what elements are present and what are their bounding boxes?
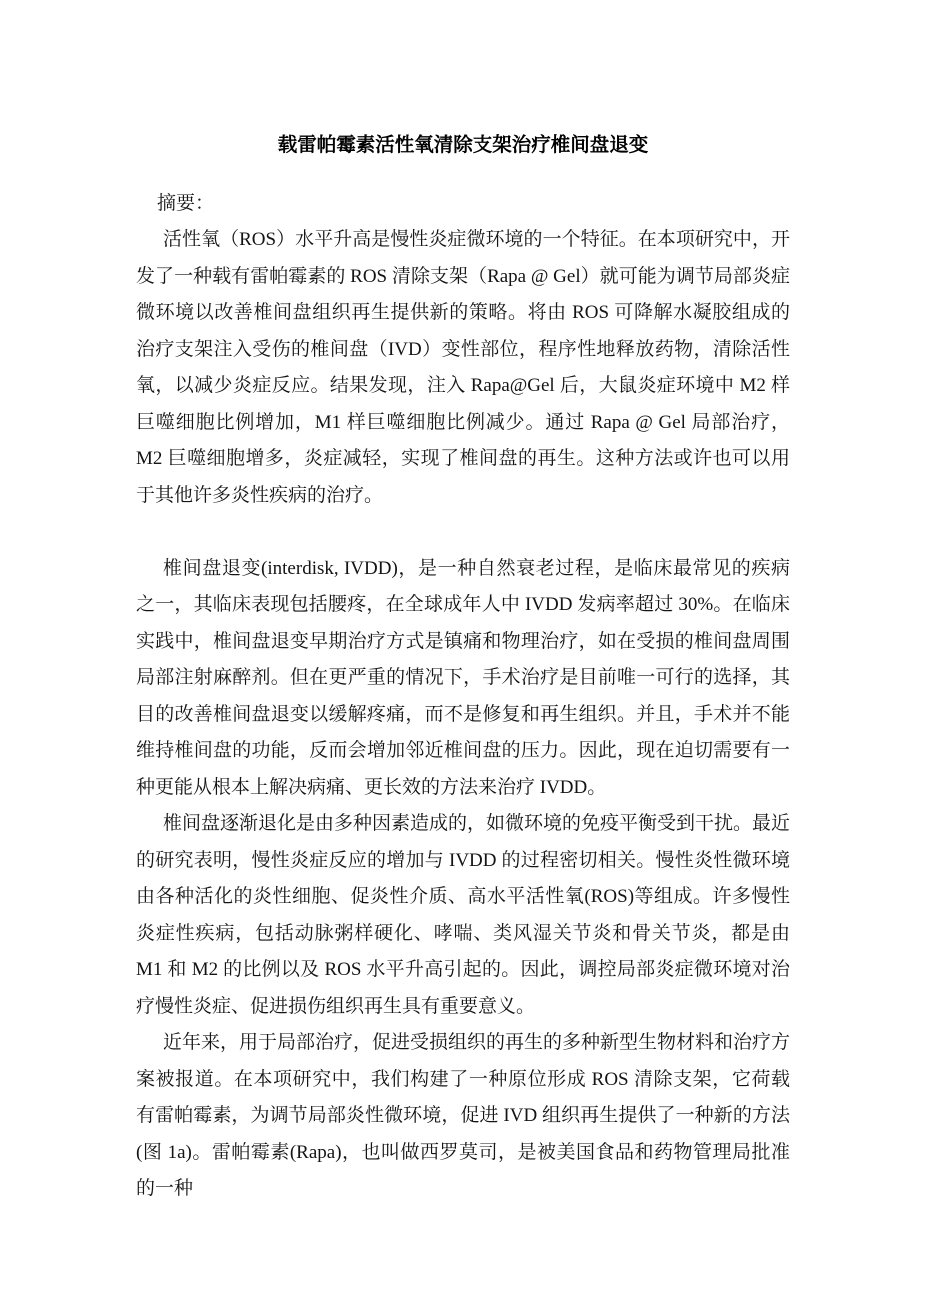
document-page: 载雷帕霉素活性氧清除支架治疗椎间盘退变 摘要： 活性氧（ROS）水平升高是慢性炎… <box>0 0 926 1309</box>
abstract-label: 摘要： <box>136 186 790 223</box>
body-paragraph-1: 椎间盘退变(interdisk, IVDD)，是一种自然衰老过程，是临床最常见的… <box>136 551 790 807</box>
body-paragraph-3: 近年来，用于局部治疗，促进受损组织的再生的多种新型生物材料和治疗方案被报道。在本… <box>136 1025 790 1208</box>
paragraph-spacer <box>136 514 790 551</box>
body-paragraph-2: 椎间盘逐渐退化是由多种因素造成的，如微环境的免疫平衡受到干扰。最近的研究表明，慢… <box>136 806 790 1025</box>
document-title: 载雷帕霉素活性氧清除支架治疗椎间盘退变 <box>136 127 790 164</box>
abstract-paragraph: 活性氧（ROS）水平升高是慢性炎症微环境的一个特征。在本项研究中，开发了一种载有… <box>136 222 790 514</box>
